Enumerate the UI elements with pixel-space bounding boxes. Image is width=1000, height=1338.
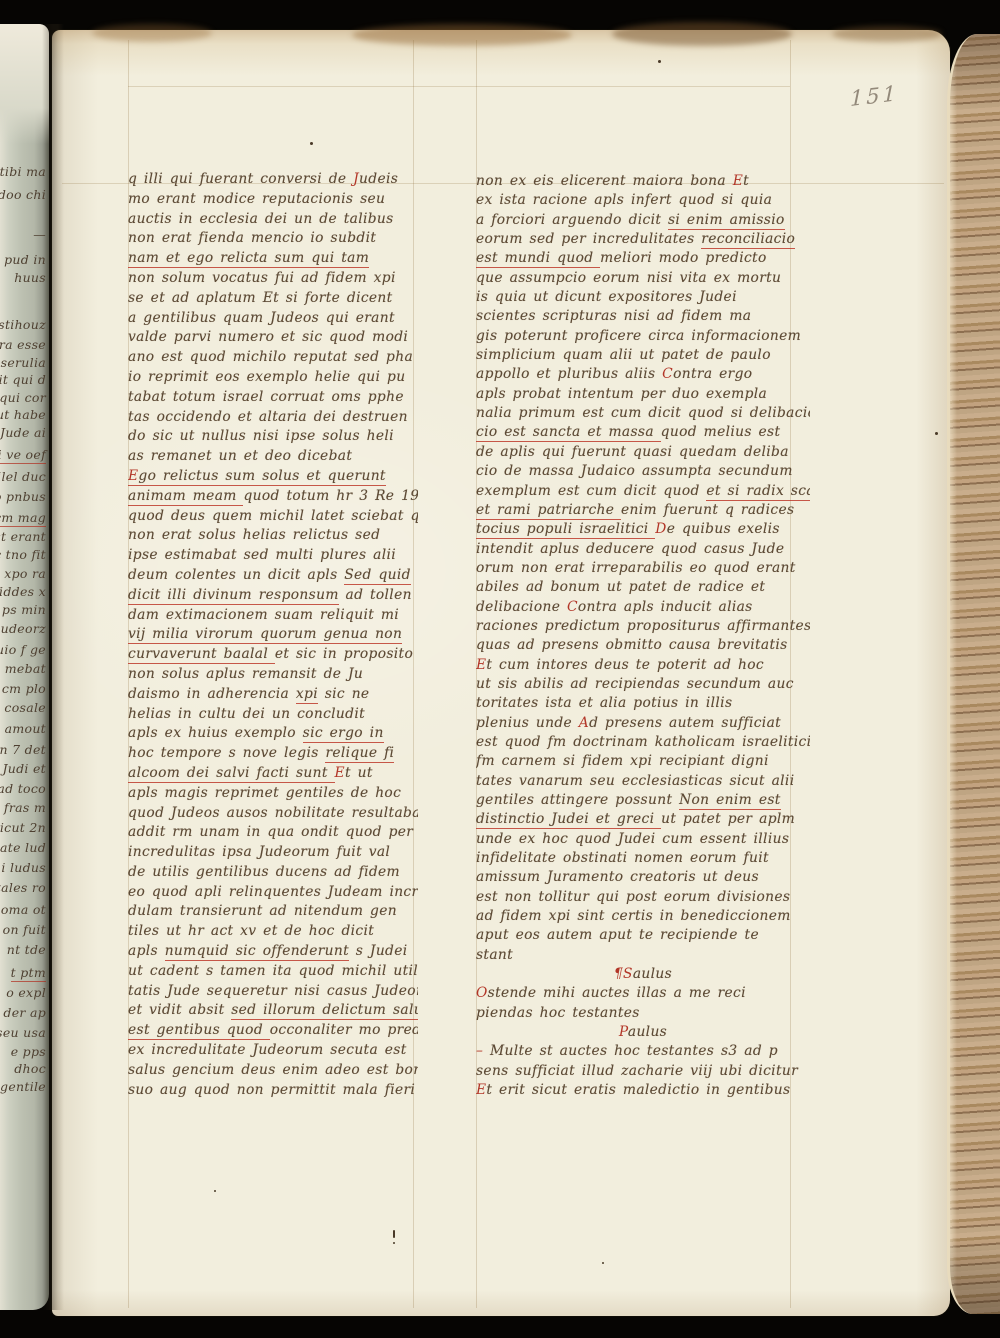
manuscript-line: ad fidem xpi sint certis in benediccione… (476, 907, 810, 926)
rubricated-text: si enim amissio (668, 212, 785, 230)
facing-page-text-fragment: der ap (3, 1006, 46, 1020)
manuscript-text: aulus (628, 1024, 667, 1040)
manuscript-line: non solum vocatus fui ad fidem xpi (128, 269, 418, 289)
manuscript-text: hoc tempore s nove legis (128, 745, 325, 761)
ink-speck (602, 1262, 604, 1264)
manuscript-text: ut sis abilis ad recipiendas secundum au… (476, 676, 794, 692)
rubricated-text: numquid sic offenderunt (165, 943, 349, 961)
manuscript-text: et vidit absit (128, 1002, 231, 1018)
rubricated-text: xpi (296, 686, 318, 704)
manuscript-line: que assumpcio eorum nisi vita ex mortu (476, 269, 810, 288)
facing-page-text-fragment: tibi ma (0, 165, 46, 179)
manuscript-text: intendit aplus deducere quod casus Jude (476, 541, 784, 557)
manuscript-text: quod totum hr 3 Re 19 ubi (243, 488, 418, 504)
manuscript-line: et rami patriarche enim fuerunt q radice… (476, 501, 810, 520)
manuscript-line: est gentibus quod occonaliter mo predict… (128, 1021, 418, 1041)
manuscript-text: simplicium quam alii ut patet de paulo (476, 347, 771, 363)
manuscript-line: apls numquid sic offenderunt s Judei (128, 942, 418, 962)
book-page-edges (947, 34, 1000, 1314)
manuscript-line: nam et ego relicta sum qui tam (128, 249, 418, 269)
manuscript-line: est non tollitur qui post eorum division… (476, 888, 810, 907)
manuscript-line: dicit illi divinum responsum ad tollen (128, 586, 418, 606)
manuscript-text: appollo et pluribus aliis (476, 366, 662, 382)
ink-speck (214, 1190, 216, 1192)
facing-page-text-fragment: dhoc (14, 1062, 46, 1076)
manuscript-line: apls ex huius exemplo sic ergo in (128, 724, 418, 744)
rubricated-text: animam meam (128, 488, 243, 506)
manuscript-text: eorum sed per incredulitates (476, 231, 701, 247)
facing-page-text-fragment: fiddes x (0, 585, 46, 599)
manuscript-line: auctis in ecclesia dei un de talibus (128, 210, 418, 230)
manuscript-line: ut cadent s tamen ita quod michil utili (128, 962, 418, 982)
manuscript-text: tates vanarum seu ecclesiasticas sicut a… (476, 773, 794, 789)
rubricated-text: et si radix sca (706, 483, 810, 501)
manuscript-line: eorum sed per incredulitates reconciliac… (476, 230, 810, 249)
manuscript-text: sens sufficiat illud zacharie viij ubi d… (476, 1063, 798, 1079)
manuscript-text: valde parvi numero et sic quod modi (128, 329, 408, 345)
facing-page-text-fragment: ps min (2, 603, 46, 617)
manuscript-text: dulam transierunt ad nitendum gen (128, 903, 397, 919)
manuscript-line: deum colentes un dicit apls Sed quid (128, 566, 418, 586)
facing-page-text-fragment: i ludus (1, 861, 46, 875)
manuscript-line: hoc tempore s nove legis relique fi (128, 744, 418, 764)
rubricated-text: go relictus sum solus et querunt (138, 468, 385, 486)
manuscript-text: ex incredulitate Judeorum secuta est (128, 1042, 407, 1058)
manuscript-line: appollo et pluribus aliis Contra ergo (476, 365, 810, 384)
facing-page-text-fragment: seu usa (0, 1026, 46, 1040)
manuscript-line: infidelitate obstinati nomen eorum fuit (476, 849, 810, 868)
manuscript-line: est mundi quod meliori modo predicto (476, 249, 810, 268)
manuscript-text: salus gencium deus enim adeo est bonus (128, 1062, 418, 1078)
facing-page-text-fragment: nt tde (7, 943, 46, 957)
manuscript-line: tabat totum israel corruat oms pphe (128, 388, 418, 408)
facing-page-text-fragment: Judi et (2, 762, 46, 776)
facing-page-text-fragment: st erant (0, 530, 46, 544)
facing-page-text-fragment: ra esse (0, 338, 46, 352)
manuscript-line: de aplis qui fuerunt quasi quedam deliba (476, 443, 810, 462)
manuscript-line: intendit aplus deducere quod casus Jude (476, 540, 810, 559)
facing-page-text-fragment: ate lud (0, 841, 46, 855)
manuscript-line: suo aug quod non permittit mala fieri (128, 1081, 418, 1101)
facing-page-text-fragment: Jude ai (0, 426, 46, 440)
manuscript-line: tatis Jude sequeretur nisi casus Judeoru… (128, 982, 418, 1002)
manuscript-text: dam extimacionem suam reliquit mi (128, 607, 399, 623)
manuscript-text: est non tollitur qui post eorum division… (476, 889, 790, 905)
manuscript-text: t erit sicut eratis maledictio in gentib… (486, 1082, 790, 1098)
manuscript-text: unde ex hoc quod Judei cum essent illius (476, 831, 789, 847)
manuscript-text: enim fuerunt q radices (621, 502, 794, 518)
manuscript-line: plenius unde Ad presens autem sufficiat (476, 714, 810, 733)
manuscript-line: is quia ut dicunt expositores Judei (476, 288, 810, 307)
manuscript-text: aulus (633, 966, 672, 982)
manuscript-text: quod melius est (661, 424, 781, 440)
facing-page-text-fragment: pud in (4, 253, 46, 267)
rubricated-text: E (128, 468, 138, 486)
manuscript-text: apls (128, 943, 165, 959)
facing-page-text-fragment: huus (14, 271, 46, 285)
manuscript-text: ontra apls inducit alias (578, 599, 753, 615)
manuscript-text: non ex eis elicerent maiora bona (476, 173, 733, 189)
manuscript-text: quod Judeos ausos nobilitate resultabat (128, 805, 418, 821)
manuscript-line: raciones predictum propositurus affirman… (476, 617, 810, 636)
manuscript-text: non solum vocatus fui ad fidem xpi (128, 270, 396, 286)
manuscript-text: helias in cultu dei un concludit (128, 706, 365, 722)
manuscript-line: tiles ut hr act xv et de hoc dicit (128, 922, 418, 942)
manuscript-text: Multe st auctes hoc testantes s3 ad p (490, 1043, 778, 1059)
facing-page-text-fragment: ad toco (0, 782, 46, 796)
facing-page-text-fragment: ib xpo ra (0, 567, 46, 581)
manuscript-text: t cum intores deus te poterit ad hoc (486, 657, 764, 673)
manuscript-line: animam meam quod totum hr 3 Re 19 ubi (128, 487, 418, 507)
manuscript-text: ad fidem xpi sint certis in benediccione… (476, 908, 791, 924)
rubricated-text: alcoom dei salvi facti sunt (128, 765, 335, 783)
rubricated-text: et rami patriarche (476, 502, 621, 520)
manuscript-line: ipse estimabat sed multi plures alii (128, 546, 418, 566)
manuscript-text: io reprimit eos exemplo helie qui pu (128, 369, 405, 385)
rubricated-text: D (655, 521, 666, 537)
manuscript-line: alcoom dei salvi facti sunt Et ut (128, 764, 418, 784)
manuscript-line: cio de massa Judaico assumpta secundum (476, 462, 810, 481)
manuscript-text: est quod fm doctrinam katholicam israeli… (476, 734, 810, 750)
manuscript-line: Et erit sicut eratis maledictio in genti… (476, 1081, 810, 1100)
facing-page-text-fragment: — (33, 228, 46, 242)
facing-page-text-fragment: fras m (4, 801, 46, 815)
manuscript-line: salus gencium deus enim adeo est bonus (128, 1061, 418, 1081)
manuscript-text: t ut (345, 765, 373, 781)
manuscript-line: abiles ad bonum ut patet de radice et (476, 578, 810, 597)
manuscript-text: stende mihi auctes illas a me reci (488, 985, 746, 1001)
manuscript-line: sens sufficiat illud zacharie viij ubi d… (476, 1062, 810, 1081)
manuscript-line: est quod fm doctrinam katholicam israeli… (476, 733, 810, 752)
facing-page-text-fragment: oma ot (1, 903, 46, 917)
ink-speck (393, 1230, 395, 1238)
facing-page-text-fragment: o expl (6, 986, 46, 1000)
manuscript-text: delibacione (476, 599, 567, 615)
rubricated-text: est mundi quod (476, 250, 600, 268)
manuscript-text: et sic in proposito (275, 646, 413, 662)
manuscript-line: nalia primum est cum dicit quod si delib… (476, 404, 810, 423)
facing-page-text-fragment: o pnbus (0, 490, 46, 504)
manuscript-text: apls magis reprimet gentiles de hoc (128, 785, 401, 801)
facing-page-text-fragment: tales ro (0, 881, 46, 895)
rubricated-text: Sed quid (344, 567, 411, 585)
manuscript-text: t (743, 173, 749, 189)
facing-page-text-fragment: sit qui d (0, 373, 46, 387)
facing-page-text-fragment: cm mag (0, 511, 46, 527)
manuscript-text: non erat fienda mencio io subdit (128, 230, 376, 246)
manuscript-text: deum colentes un dicit apls (128, 567, 344, 583)
facing-page-text-fragment: icut 2n (0, 821, 46, 835)
manuscript-text: infidelitate obstinati nomen eorum fuit (476, 850, 769, 866)
manuscript-line: q illi qui fuerant conversi de Judeis (128, 170, 418, 190)
manuscript-line: mo erant modice reputacionis seu (128, 190, 418, 210)
rubricated-text: sic ergo in (303, 725, 384, 743)
manuscript-text: ut cadent s tamen ita quod michil utili (128, 963, 418, 979)
manuscript-line: as remanet un et deo dicebat (128, 447, 418, 467)
rubricated-text: sed illorum delictum salus (231, 1002, 418, 1020)
manuscript-text: udeis (359, 171, 398, 187)
manuscript-text: toritates ista et alia potius in illis (476, 695, 732, 711)
manuscript-text: que assumpcio eorum nisi vita ex mortu (476, 270, 781, 286)
manuscript-text: tabat totum israel corruat oms pphe (128, 389, 404, 405)
manuscript-text: incredulitas ipsa Judeorum fuit val (128, 844, 390, 860)
rubricated-text: Non enim est (679, 792, 781, 810)
manuscript-line: Ego relictus sum solus et querunt (128, 467, 418, 487)
manuscript-line: helias in cultu dei un concludit (128, 705, 418, 725)
manuscript-text: amissum Juramento creatoris ut deus (476, 869, 759, 885)
manuscript-line: unde ex hoc quod Judei cum essent illius (476, 830, 810, 849)
facing-page-text-fragment: serulia (1, 356, 46, 370)
manuscript-text: addit rm unam in qua ondit quod per (128, 824, 413, 840)
manuscript-text: orum non erat irreparabilis eo quod eran… (476, 560, 796, 576)
manuscript-text: nalia primum est cum dicit quod si delib… (476, 405, 810, 421)
photo-frame: tibi madoo chi—pud inhuusNstihouzra esse… (0, 0, 1000, 1338)
manuscript-text: cio de massa Judaico assumpta secundum (476, 463, 793, 479)
rubricated-text: curvaverunt baalal (128, 646, 275, 664)
facing-page-text-fragment: mebat (5, 662, 46, 676)
manuscript-text: de aplis qui fuerunt quasi quedam deliba (476, 444, 789, 460)
manuscript-line: valde parvi numero et sic quod modi (128, 328, 418, 348)
manuscript-text: abiles ad bonum ut patet de radice et (476, 579, 765, 595)
manuscript-text: apls ex huius exemplo (128, 725, 303, 741)
manuscript-line: ut sis abilis ad recipiendas secundum au… (476, 675, 810, 694)
facing-page-text-fragment: cm plo (2, 682, 46, 696)
manuscript-text: q illi qui fuerant conversi de (128, 171, 353, 187)
manuscript-text: exemplum est cum dicit quod (476, 483, 706, 499)
rubricated-text: E (476, 1082, 486, 1098)
facing-page-text-fragment: ilel duc (0, 470, 46, 484)
rubricated-text: C (662, 366, 673, 382)
manuscript-line: Et cum intores deus te poterit ad hoc (476, 656, 810, 675)
manuscript-line: non erat solus helias relictus sed (128, 526, 418, 546)
facing-page-text-fragment: ut habe (0, 408, 46, 422)
manuscript-line: vij milia virorum quorum genua non (128, 625, 418, 645)
manuscript-text: a gentilibus quam Judeos qui erant (128, 310, 395, 326)
rubricated-text: E (733, 173, 743, 189)
manuscript-text: eo quod apli relinquentes Judeam incre (128, 884, 418, 900)
rubricated-text: P (619, 1024, 628, 1040)
facing-page-text-fragment: on fuit (3, 923, 46, 937)
manuscript-line: delibacione Contra apls inducit alias (476, 598, 810, 617)
ruling-horizontal-top (128, 86, 790, 87)
manuscript-line: distinctio Judei et greci ut patet per a… (476, 810, 810, 829)
manuscript-line: ano est quod michilo reputat sed pha (128, 348, 418, 368)
stain-top-3 (92, 24, 212, 42)
facing-page-text-fragment: n 7 det (0, 743, 46, 757)
manuscript-text: apls probat intentum per duo exempla (476, 386, 767, 402)
manuscript-text: plenius unde (476, 715, 579, 731)
rubricated-text: dicit illi divinum responsum (128, 587, 339, 605)
manuscript-text: e quibus exelis (667, 521, 780, 537)
manuscript-text: do sic ut nullus nisi ipse solus heli (128, 428, 394, 444)
facing-page-text-fragment: ludeorz (0, 622, 46, 636)
rubricated-text: E (476, 657, 486, 673)
manuscript-text: ut patet per aplm (661, 811, 795, 827)
manuscript-line: de utilis gentilibus ducens ad fidem (128, 863, 418, 883)
manuscript-line: et vidit absit sed illorum delictum salu… (128, 1001, 418, 1021)
manuscript-text: ex ista racione apls infert quod si quia (476, 192, 772, 208)
manuscript-text: quas ad presens obmitto causa brevitatis (476, 637, 788, 653)
ink-speck (935, 432, 938, 435)
manuscript-text: quod deus quem michil latet sciebat quod (128, 508, 418, 524)
manuscript-text: tatis Jude sequeretur nisi casus Judeoru… (128, 983, 418, 999)
facing-page-text-fragment: qui cor (0, 391, 46, 405)
manuscript-line: orum non erat irreparabilis eo quod eran… (476, 559, 810, 578)
facing-page-text-fragment: i ve oef (0, 448, 46, 464)
manuscript-line: gentiles attingere possunt Non enim est (476, 791, 810, 810)
stain-top-1 (352, 24, 572, 46)
manuscript-text: occonaliter mo predicto (270, 1022, 418, 1038)
rubricated-text: nam et ego relicta sum qui tam (128, 250, 369, 268)
ink-speck (658, 60, 661, 63)
manuscript-page: 151 q illi qui fuerant conversi de Judei… (52, 30, 950, 1316)
manuscript-line: ex ista racione apls infert quod si quia (476, 191, 810, 210)
manuscript-text: daismo in adherencia (128, 686, 296, 702)
manuscript-line: se et ad aplatum Et si forte dicent (128, 289, 418, 309)
manuscript-line: scientes scripturas nisi ad fidem ma (476, 307, 810, 326)
rubricated-text: ¶ (614, 966, 623, 982)
manuscript-text: s Judei (349, 943, 407, 959)
rubricated-text: C (567, 599, 578, 615)
manuscript-line: do sic ut nullus nisi ipse solus heli (128, 427, 418, 447)
manuscript-line: dam extimacionem suam reliquit mi (128, 606, 418, 626)
manuscript-line: quod Judeos ausos nobilitate resultabat (128, 804, 418, 824)
rubricated-text: reconciliacio (701, 231, 795, 249)
stain-top-2 (612, 22, 792, 46)
manuscript-text: tiles ut hr act xv et de hoc dicit (128, 923, 374, 939)
facing-page-blank-margin (0, 24, 49, 144)
manuscript-line: cio est sancta et massa quod melius est (476, 423, 810, 442)
manuscript-line: fm carnem si fidem xpi recipiant digni (476, 752, 810, 771)
manuscript-text: is quia ut dicunt expositores Judei (476, 289, 737, 305)
manuscript-line: tocius populi israelitici De quibus exel… (476, 520, 810, 539)
manuscript-line: tas occidendo et altaria dei destruen (128, 408, 418, 428)
manuscript-line: amissum Juramento creatoris ut deus (476, 868, 810, 887)
manuscript-text: ontra ergo (673, 366, 752, 382)
manuscript-line: a forciori arguendo dicit si enim amissi… (476, 211, 810, 230)
manuscript-line: apls magis reprimet gentiles de hoc (128, 784, 418, 804)
manuscript-text: se et ad aplatum Et si forte dicent (128, 290, 393, 306)
stain-top-4 (832, 26, 942, 42)
manuscript-line: exemplum est cum dicit quod et si radix … (476, 482, 810, 501)
manuscript-text: d presens autem sufficiat (589, 715, 781, 731)
manuscript-line: toritates ista et alia potius in illis (476, 694, 810, 713)
manuscript-text: meliori modo predicto (600, 250, 766, 266)
rubricated-text: E (335, 765, 345, 781)
manuscript-line: aput eos autem aput te recipiende te (476, 926, 810, 945)
rubricated-text: est gentibus quod (128, 1022, 270, 1040)
manuscript-line: daismo in adherencia xpi sic ne (128, 685, 418, 705)
facing-page-text-fragment: gentile (0, 1080, 46, 1094)
manuscript-text: ipse estimabat sed multi plures alii (128, 547, 396, 563)
manuscript-text: fm carnem si fidem xpi recipiant digni (476, 753, 769, 769)
manuscript-text: raciones predictum propositurus affirman… (476, 618, 810, 634)
ink-speck (393, 1242, 395, 1244)
rubricated-text: cio est sancta et massa (476, 424, 661, 442)
manuscript-line: Ostende mihi auctes illas a me reci (476, 984, 810, 1003)
manuscript-text: de utilis gentilibus ducens ad fidem (128, 864, 400, 880)
manuscript-text: as remanet un et deo dicebat (128, 448, 352, 464)
rubricated-text: A (579, 715, 589, 731)
text-column-left: q illi qui fuerant conversi de Judeismo … (128, 170, 418, 1106)
manuscript-line: addit rm unam in qua ondit quod per (128, 823, 418, 843)
manuscript-line: piendas hoc testantes (476, 1004, 810, 1023)
manuscript-text: non solus aplus remansit de Ju (128, 666, 363, 682)
manuscript-line: io reprimit eos exemplo helie qui pu (128, 368, 418, 388)
rubricated-text: relique fi (325, 745, 394, 763)
rubricated-text: – (476, 1043, 490, 1059)
manuscript-text: suo aug quod non permittit mala fieri (128, 1082, 415, 1098)
manuscript-text: aput eos autem aput te recipiende te (476, 927, 759, 943)
manuscript-text: non erat solus helias relictus sed (128, 527, 380, 543)
manuscript-text: scientes scripturas nisi ad fidem ma (476, 308, 751, 324)
facing-page-text-fragment: uc tno fit (0, 548, 46, 562)
manuscript-text: piendas hoc testantes (476, 1005, 640, 1021)
manuscript-line: non ex eis elicerent maiora bona Et (476, 172, 810, 191)
manuscript-line: apls probat intentum per duo exempla (476, 385, 810, 404)
manuscript-line: – Multe st auctes hoc testantes s3 ad p (476, 1042, 810, 1061)
manuscript-text: stant (476, 947, 513, 963)
facing-page-text-fragment: doo chi (0, 188, 46, 202)
rubricated-text: tocius populi israelitici (476, 521, 655, 539)
manuscript-text: gentiles attingere possunt (476, 792, 679, 808)
ink-speck (310, 142, 313, 145)
rubricated-text: distinctio Judei et greci (476, 811, 661, 829)
rubricated-text: vij milia virorum quorum genua non (128, 626, 402, 644)
manuscript-line: non erat fienda mencio io subdit (128, 229, 418, 249)
facing-page-text-fragment: Nstihouz (0, 318, 46, 332)
manuscript-line: quas ad presens obmitto causa brevitatis (476, 636, 810, 655)
facing-page-text-fragment: uio f ge (0, 643, 46, 657)
manuscript-line: gis poterunt proficere circa informacion… (476, 327, 810, 346)
manuscript-text: ano est quod michilo reputat sed pha (128, 349, 413, 365)
manuscript-line: simplicium quam alii ut patet de paulo (476, 346, 810, 365)
manuscript-text: mo erant modice reputacionis seu (128, 191, 385, 207)
facing-page-edge: tibi madoo chi—pud inhuusNstihouzra esse… (0, 24, 49, 1310)
manuscript-line: a gentilibus quam Judeos qui erant (128, 309, 418, 329)
rubricated-text: S (623, 966, 633, 982)
manuscript-text: ad tollen (339, 587, 412, 603)
manuscript-line: curvaverunt baalal et sic in proposito (128, 645, 418, 665)
manuscript-line: ex incredulitate Judeorum secuta est (128, 1041, 418, 1061)
facing-page-text-fragment: t ptm (11, 966, 46, 982)
manuscript-line: quod deus quem michil latet sciebat quod (128, 507, 418, 527)
manuscript-text: auctis in ecclesia dei un de talibus (128, 211, 394, 227)
facing-page-text-fragment: amout (5, 722, 46, 736)
folio-number: 151 (850, 81, 899, 111)
manuscript-text: a forciori arguendo dicit (476, 212, 668, 228)
manuscript-line: Paulus (476, 1023, 810, 1042)
manuscript-text: gis poterunt proficere circa informacion… (476, 328, 801, 344)
manuscript-text: sic ne (318, 686, 370, 702)
facing-page-text-fragment: p cosale (0, 701, 46, 715)
manuscript-line: dulam transierunt ad nitendum gen (128, 902, 418, 922)
manuscript-line: eo quod apli relinquentes Judeam incre (128, 883, 418, 903)
facing-page-text-fragment: e pps (11, 1045, 46, 1059)
manuscript-line: tates vanarum seu ecclesiasticas sicut a… (476, 772, 810, 791)
manuscript-line: ¶Saulus (476, 965, 810, 984)
text-column-right: non ex eis elicerent maiora bona Etex is… (476, 172, 810, 1108)
manuscript-line: incredulitas ipsa Judeorum fuit val (128, 843, 418, 863)
manuscript-text: tas occidendo et altaria dei destruen (128, 409, 408, 425)
manuscript-line: stant (476, 946, 810, 965)
rubricated-text: O (476, 985, 488, 1001)
manuscript-line: non solus aplus remansit de Ju (128, 665, 418, 685)
